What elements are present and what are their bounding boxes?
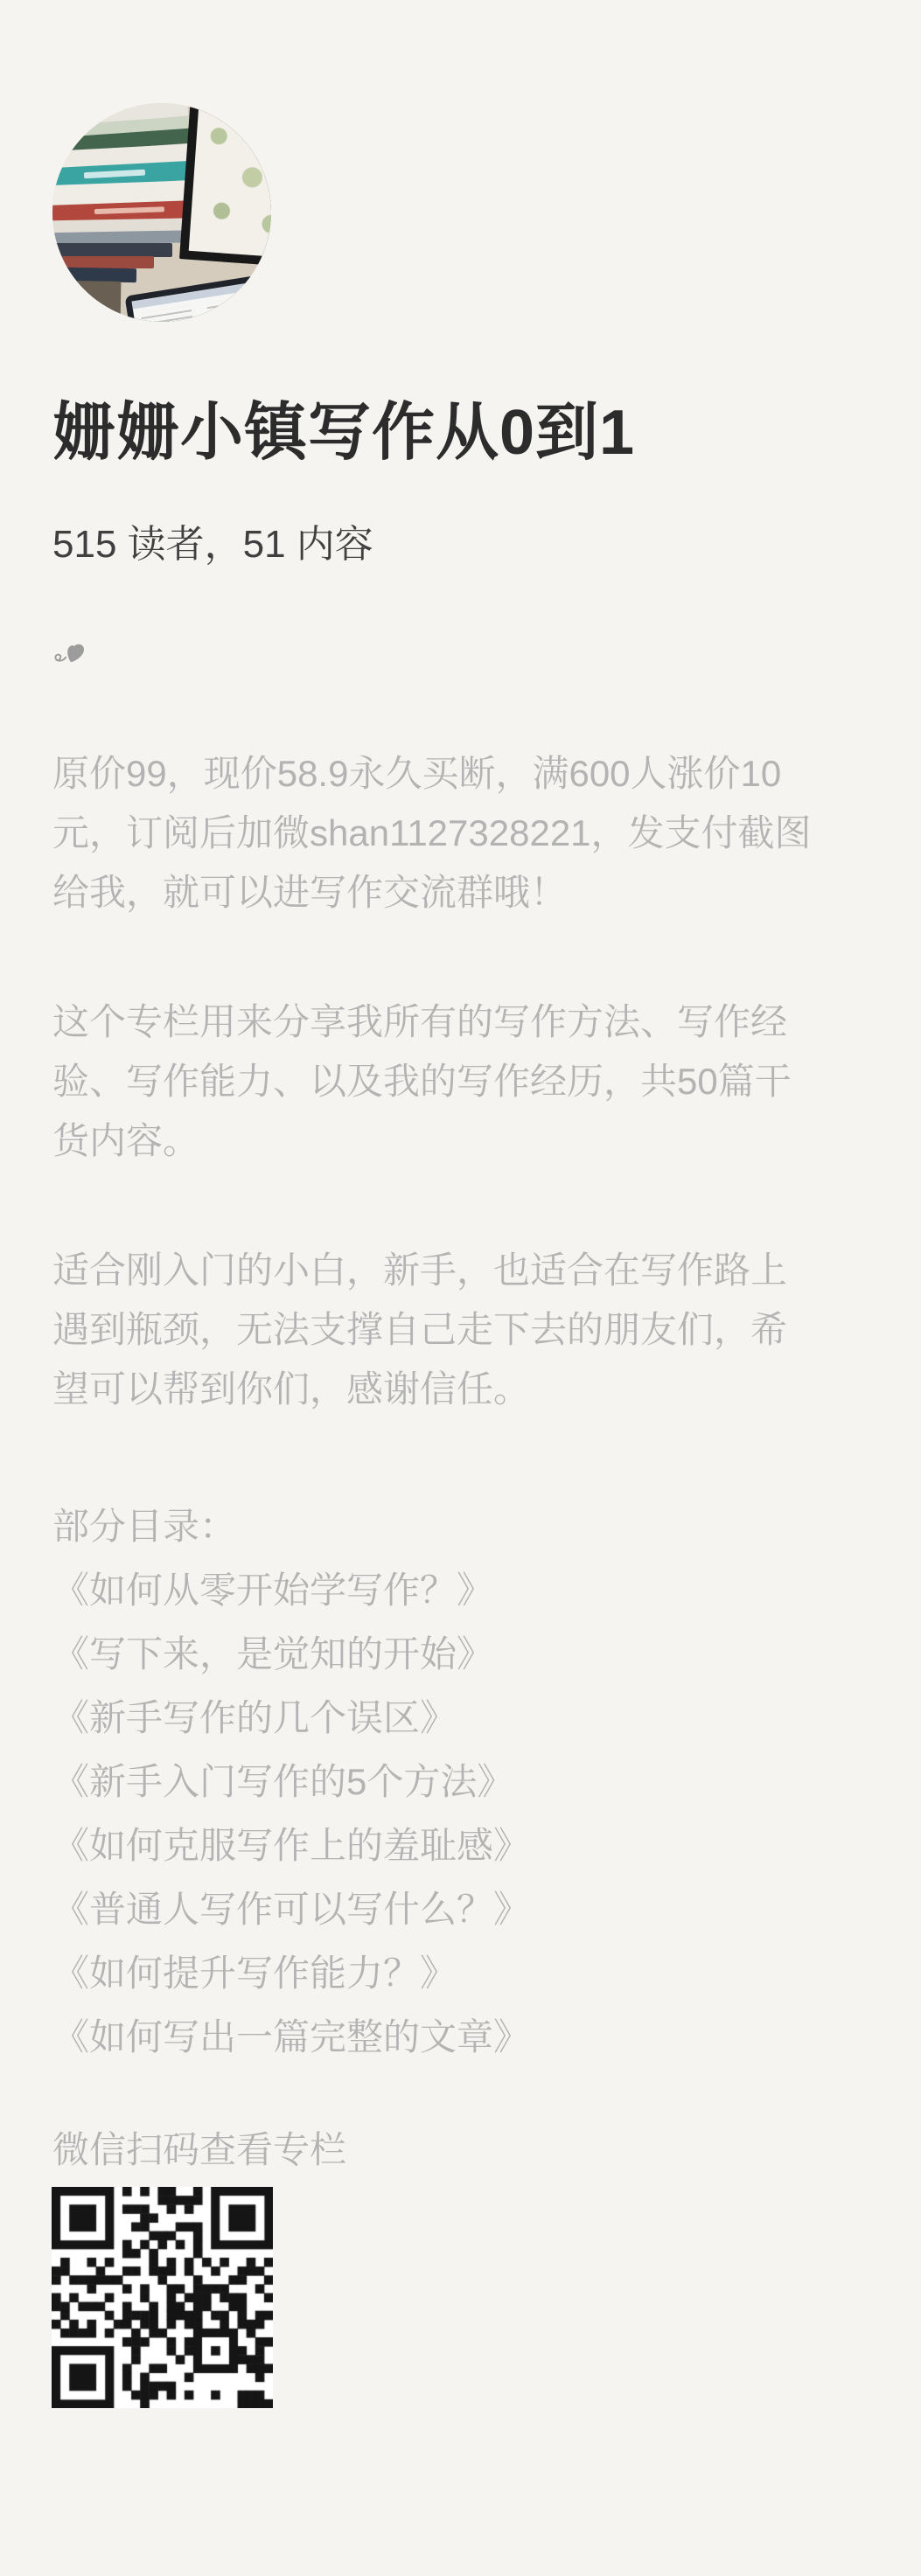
qr-code xyxy=(52,2187,273,2408)
toc-item: 《如何写出一篇完整的文章》 xyxy=(52,2005,869,2069)
description-paragraph: 原价99，现价58.9永久买断，满600人涨价10元，订阅后加微shan1127… xyxy=(52,744,869,922)
toc-block: 部分目录： 《如何从零开始学写作？》《写下来，是觉知的开始》《新手写作的几个误区… xyxy=(52,1494,869,2069)
toc-item: 《普通人写作可以写什么？》 xyxy=(52,1877,869,1941)
avatar-book xyxy=(52,243,172,257)
avatar-laptop-text-column xyxy=(141,305,204,322)
paragraph-line: 验、写作能力、以及我的写作经历，共50篇干 xyxy=(52,1052,869,1111)
column-avatar xyxy=(52,103,271,322)
toc-list: 《如何从零开始学写作？》《写下来，是觉知的开始》《新手写作的几个误区》《新手入门… xyxy=(52,1558,869,2069)
toc-item: 《如何从零开始学写作？》 xyxy=(52,1558,869,1622)
paragraph-line: 遇到瓶颈，无法支撑自己走下去的朋友们，希 xyxy=(52,1300,869,1360)
toc-heading: 部分目录： xyxy=(52,1494,869,1558)
avatar-book-stack-base xyxy=(52,280,121,322)
toc-item: 《如何克服写作上的羞耻感》 xyxy=(52,1814,869,1877)
toc-item: 《写下来，是觉知的开始》 xyxy=(52,1622,869,1686)
toc-item: 《新手入门写作的5个方法》 xyxy=(52,1750,869,1814)
paragraph-line: 元，订阅后加微shan1127328221，发支付截图 xyxy=(52,804,869,863)
description-paragraph: 适合刚入门的小白，新手，也适合在写作路上遇到瓶颈，无法支撑自己走下去的朋友们，希… xyxy=(52,1241,869,1419)
avatar-picture-frame xyxy=(179,103,271,267)
content-column: 姗姗小镇写作从0到1 515 读者，51 内容 原价99，现价58.9永久买断，… xyxy=(0,0,921,2408)
paragraph-line: 适合刚入门的小白，新手，也适合在写作路上 xyxy=(52,1241,869,1300)
floral-heart-icon xyxy=(52,643,89,667)
description-paragraph: 这个专栏用来分享我所有的写作方法、写作经验、写作能力、以及我的写作经历，共50篇… xyxy=(52,992,869,1171)
avatar-laptop-text-column xyxy=(206,294,271,322)
avatar-laptop xyxy=(124,265,271,322)
column-stats: 515 读者，51 内容 xyxy=(52,523,869,567)
avatar-laptop-screen xyxy=(131,272,271,322)
paragraph-line: 这个专栏用来分享我所有的写作方法、写作经 xyxy=(52,992,869,1052)
toc-item: 《如何提升写作能力？》 xyxy=(52,1941,869,2005)
qr-caption: 微信扫码查看专栏 xyxy=(52,2128,869,2172)
paragraph-line: 原价99，现价58.9永久买断，满600人涨价10 xyxy=(52,744,869,804)
ornament-row xyxy=(52,643,869,667)
paragraph-line: 望可以帮到你们，感谢信任。 xyxy=(52,1360,869,1419)
avatar-picture xyxy=(189,103,271,258)
paragraph-line: 给我，就可以进写作交流群哦！ xyxy=(52,863,869,922)
column-title: 姗姗小镇写作从0到1 xyxy=(52,398,869,468)
toc-item: 《新手写作的几个误区》 xyxy=(52,1686,869,1750)
column-share-card: 姗姗小镇写作从0到1 515 读者，51 内容 原价99，现价58.9永久买断，… xyxy=(0,0,921,2576)
paragraph-line: 货内容。 xyxy=(52,1111,869,1171)
